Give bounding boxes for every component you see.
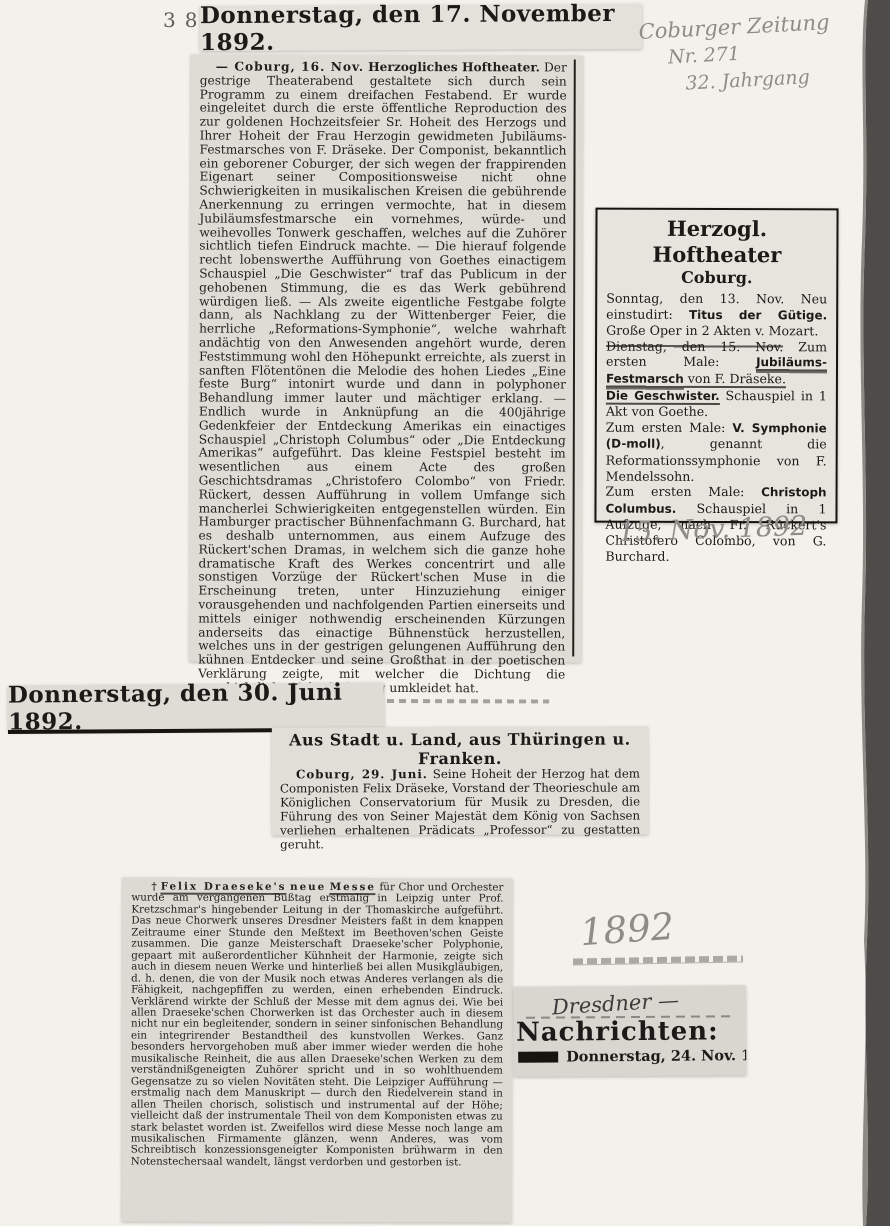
scrapbook-scan-page: 38 Donnerstag, den 17. November 1892. Co…: [0, 0, 890, 1226]
messe-body-text: für Chor und Orchester wurde am vergange…: [131, 881, 504, 1168]
messe-dagger: †: [151, 881, 157, 893]
handwritten-dresdner: Dresdner —: [551, 985, 740, 1019]
clipping-headline-juni: Donnerstag, den 30. Juni 1892.: [8, 682, 384, 731]
programme-subtitle: Coburg.: [606, 268, 827, 289]
headline-november-text: Donnerstag, den 17. November 1892.: [200, 0, 642, 56]
notice-paragraph: Coburg, 29. Juni. Seine Hoheit der Herzo…: [280, 768, 640, 852]
handwritten-source-note: Coburger Zeitung Nr. 271 32. Jahrgang: [638, 9, 833, 100]
entry-symphonie-work: V. Symphonie: [732, 421, 826, 435]
handwritten-year-underline: [573, 956, 743, 966]
masthead-date: Donnerstag, 24. Nov. 1892: [566, 1047, 746, 1066]
programme-title: Herzogl. Hoftheater: [606, 216, 827, 269]
hoftheater-body-text: Der gestrige Theaterabend gestaltete sic…: [198, 60, 567, 695]
entry-sunday-work: Titus der Gütige.: [689, 307, 827, 321]
messe-review-paragraph: † Felix Draeseke's neue Messe für Chor u…: [131, 882, 504, 1169]
clipping-hoftheater-review: — Coburg, 16. Nov. Herzogliches Hoftheat…: [189, 54, 583, 662]
entry-sunday-post: Große Oper in 2 Akten v. Mozart.: [606, 323, 818, 339]
clipping-messe-review: † Felix Draeseke's neue Messe für Chor u…: [122, 877, 513, 1222]
entry-symphonie-pre: Zum ersten Male:: [606, 419, 733, 434]
hoftheater-review-paragraph: — Coburg, 16. Nov. Herzogliches Hoftheat…: [198, 61, 567, 697]
entry-symphonie-key: (D-moll): [606, 437, 661, 451]
programme-entry-symphonie: Zum ersten Male: V. Symphonie (D-moll), …: [606, 419, 827, 484]
entry-columbus-pre: Zum ersten Male:: [606, 484, 762, 500]
clipping-professor-notice: Aus Stadt u. Land, aus Thüringen u. Fran…: [272, 727, 648, 836]
hoftheater-dateline: — Coburg, 16. Nov.: [216, 60, 364, 74]
clipping-theatre-programme: Herzogl. Hoftheater Coburg. Sonntag, den…: [594, 208, 838, 524]
programme-entry-tuesday: Dienstag, den 15. Nov. Zum ersten Male: …: [606, 338, 827, 388]
messe-lead-mid: neue: [290, 881, 326, 893]
hoftheater-lead-title: Herzogliches Hoftheater.: [368, 60, 540, 74]
handwritten-year: 1892: [579, 905, 676, 954]
clipping-masthead-dresdner-nachrichten: Dresdner — Nachrichten: Donnerstag, 24. …: [514, 985, 747, 1077]
masthead-black-block: [518, 1052, 558, 1063]
scan-edge-band: [856, 0, 890, 1226]
notice-dateline: Coburg, 29. Juni.: [296, 767, 428, 781]
handwritten-performance-date: 15. Nov. 1892: [618, 511, 808, 549]
clipping-headline-november: Donnerstag, den 17. November 1892.: [200, 4, 642, 51]
entry-geschwister-work: Die Geschwister.: [606, 388, 720, 404]
entry-tuesday-post: von F. Dräseke.: [684, 371, 786, 388]
notice-section-header: Aus Stadt u. Land, aus Thüringen u. Fran…: [280, 730, 640, 769]
entry-tuesday-date: Dienstag, den 15. Nov.: [606, 338, 783, 354]
programme-entry-sunday: Sonntag, den 13. Nov. Neu einstudirt: Ti…: [606, 291, 827, 340]
programme-entry-geschwister: Die Geschwister. Schauspiel in 1 Akt von…: [606, 387, 827, 420]
masthead-title: Nachrichten:: [516, 1018, 740, 1047]
